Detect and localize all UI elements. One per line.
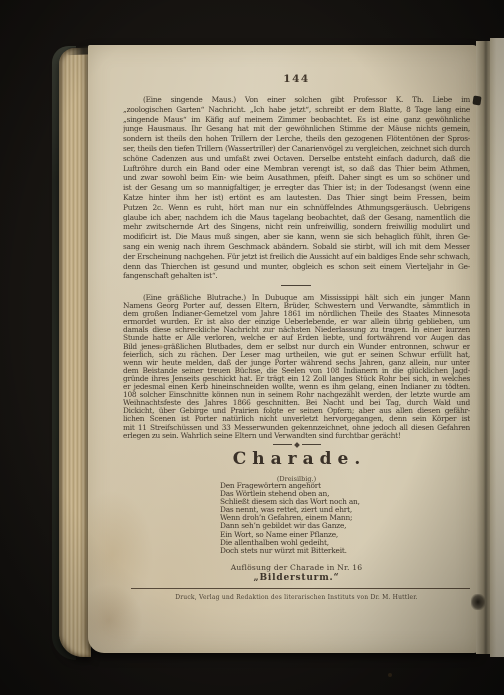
- text-line: sondern ist theils den hohen Trillern de…: [123, 134, 470, 144]
- charade-poem: Den Fragewörtern angehörtDas Wörtlein st…: [220, 482, 440, 555]
- text-column: 144 (Eine singende Maus.) Von einer solc…: [123, 45, 470, 653]
- text-line: fangenschaft gehalten ist“.: [123, 271, 470, 281]
- text-line: Katze hinter ihm her ist) ertönt es am l…: [123, 193, 470, 203]
- text-line: damals diese schreckliche Nachricht zur …: [123, 326, 470, 334]
- charade-solution-word: „Bildersturm.“: [123, 573, 470, 583]
- text-line: Bild jenes gräßlichen Blutbades, dem er …: [123, 343, 470, 351]
- text-line: lichen Scenen ist Porter natürlich nicht…: [123, 415, 470, 423]
- foxing-spot: [388, 673, 392, 677]
- charade-solution-label: Auflösung der Charade in Nr. 16: [123, 563, 470, 572]
- text-line: mit 11 Streifschüssen und 33 Messerwunde…: [123, 424, 470, 432]
- text-line: er jedesmal einen Kerb hineinschneiden w…: [123, 383, 470, 391]
- section-divider: [281, 285, 311, 286]
- text-line: Luftröhre durch ein Band oder eine Membr…: [123, 164, 470, 174]
- text-line: (Eine singende Maus.) Von einer solchen …: [123, 95, 470, 105]
- poem-line: Doch stets nur würzt mit Bitterkeit.: [220, 547, 440, 555]
- text-line: modificirt ist. Die Maus muß singen, abe…: [123, 232, 470, 242]
- ink-smudge: [471, 594, 485, 610]
- book-photo: 144 (Eine singende Maus.) Von einer solc…: [0, 0, 504, 695]
- text-line: ermordet wurden. Er ist also der einzige…: [123, 318, 470, 326]
- text-line: feierlich, sich zu rächen. Der Leser mag…: [123, 351, 470, 359]
- text-line: (Eine gräßliche Blutrache.) In Dubuque a…: [123, 294, 470, 302]
- page-number: 144: [123, 73, 470, 85]
- charade-title: Charade.: [123, 449, 470, 469]
- text-line: Weihnachtsfeste des Jahres 1866 geschnit…: [123, 399, 470, 407]
- text-line: dem großen Indianer-Gemetzel vom Jahre 1…: [123, 310, 470, 318]
- article-singing-mouse: (Eine singende Maus.) Von einer solchen …: [123, 95, 470, 281]
- text-line: denn das Thierchen ist gesund und munter…: [123, 262, 470, 272]
- article-blood-revenge: (Eine gräßliche Blutrache.) In Dubuque a…: [123, 294, 470, 440]
- text-line: schöne Cadenzen aus und umfaßt zwei Octa…: [123, 154, 470, 164]
- text-line: der Erscheinung nachgehen. Für jetzt ist…: [123, 252, 470, 262]
- diamond-ornament-icon: [294, 442, 300, 448]
- text-line: 108 solcher Einschnitte können nun in se…: [123, 391, 470, 399]
- text-line: wenn wir heute melden, daß der junge Por…: [123, 359, 470, 367]
- footer-rule: [131, 588, 470, 589]
- text-line: sang ein wenig nach ihrem Geschmack abän…: [123, 242, 470, 252]
- ornament-divider: [123, 441, 470, 448]
- ink-speck: [472, 95, 481, 105]
- divider-bar: [273, 444, 292, 445]
- text-line: Namens Georg Porter auf, dessen Eltern, …: [123, 302, 470, 310]
- text-line: Dickicht, über Gebirge und Prairien folg…: [123, 407, 470, 415]
- text-line: junge Hausmaus. Ihr Gesang hat mit der g…: [123, 124, 470, 134]
- text-line: gründe ihres Jenseits geschickt hat. Er …: [123, 375, 470, 383]
- text-line: „singende Maus“ im Käfig auf meinem Zimm…: [123, 115, 470, 125]
- text-line: Putzen 2c. Wenn es ruht, hört man nur ei…: [123, 203, 470, 213]
- imprint-line: Druck, Verlag und Redaktion des literari…: [123, 594, 470, 601]
- text-line: glaube ich aber, nachdem ich die Maus ta…: [123, 213, 470, 223]
- book-page: 144 (Eine singende Maus.) Von einer solc…: [88, 45, 478, 653]
- text-line: erlegen zu sein. Wahrlich seine Eltern u…: [123, 432, 470, 440]
- text-line: ser, theils den tiefen Trillern (Wassert…: [123, 144, 470, 154]
- text-line: und zwar sowohl beim Ein- wie beim Ausat…: [123, 173, 470, 183]
- text-line: Stunde hatte er Alle verloren, welche er…: [123, 334, 470, 342]
- text-line: „zoologischen Garten“ Nachricht. „Ich ha…: [123, 105, 470, 115]
- facing-page-edge: [490, 38, 504, 657]
- text-line: dem Beistande seiner treuen Büchse, die …: [123, 367, 470, 375]
- text-line: ist der Gesang um so mannigfaltiger, je …: [123, 183, 470, 193]
- divider-bar: [302, 444, 321, 445]
- text-line: mehr zwitschernde Art des Singens, nicht…: [123, 222, 470, 232]
